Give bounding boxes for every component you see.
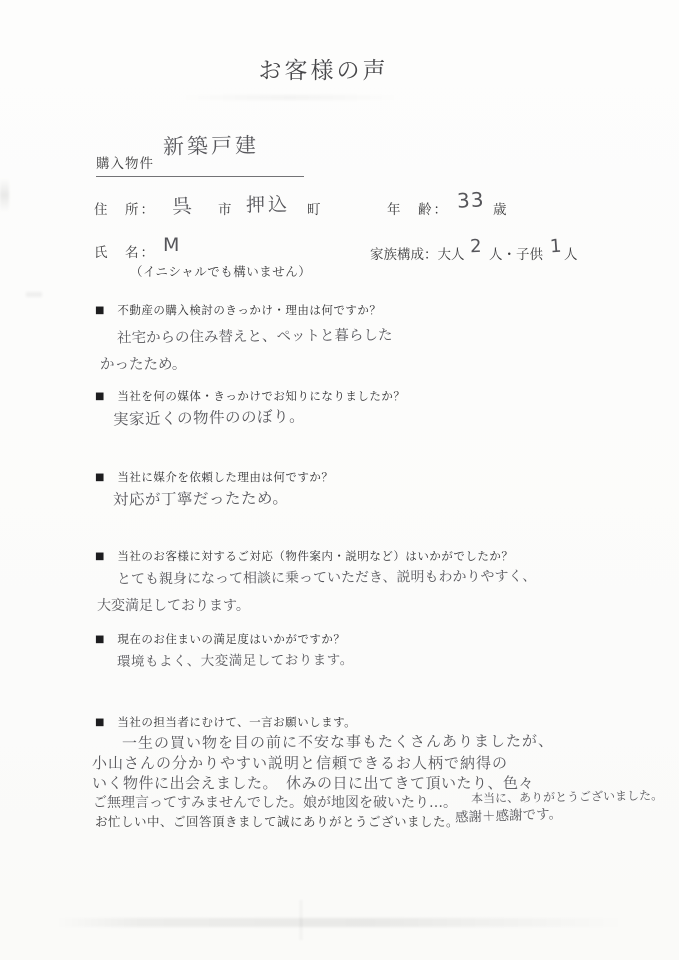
- question-6: ■ 当社の担当者にむけて、一言お願いします。: [95, 714, 356, 730]
- answer-2-line-1: 実家近くの物件ののぼり。: [113, 404, 305, 429]
- address-label: 住 所：: [94, 198, 156, 218]
- question-3: ■ 当社に媒介を依頼した理由は何ですか？: [95, 469, 333, 485]
- answer-1-line-1: 社宅からの住み替えと、ペットと暮らした: [117, 324, 393, 348]
- square-bullet-icon: ■: [95, 391, 105, 402]
- address-town-handwritten: 押込: [246, 190, 290, 218]
- answer-6-line-3: いく物件に出会えました。 休みの日に出てきて頂いたり、色々: [92, 772, 534, 793]
- square-bullet-icon: ■: [95, 305, 105, 316]
- family-composition-label: 家族構成：大人: [370, 243, 465, 263]
- question-5: ■ 現在のお住まいの満足度はいかがですか？: [95, 631, 345, 647]
- family-children-unit: 人: [564, 243, 578, 263]
- question-2: ■ 当社を何の媒体・きっかけでお知りになりましたか？: [95, 388, 405, 404]
- name-label: 氏 名：: [94, 241, 156, 261]
- question-1-text: 不動産の購入検討のきっかけ・理由は何ですか？: [117, 305, 381, 317]
- name-handwritten-value: M: [163, 234, 179, 256]
- answer-6-line-1: 一生の買い物を目の前に不安な事もたくさんありましたが、: [122, 730, 554, 753]
- age-unit: 歳: [493, 198, 507, 218]
- square-bullet-icon: ■: [95, 551, 105, 562]
- answer-3-line-1: 対応が丁寧だったため。: [113, 486, 289, 510]
- property-type-label: 購入物件: [96, 152, 154, 172]
- name-initial-note: （イニシャルでも構いません）: [130, 262, 311, 280]
- square-bullet-icon: ■: [95, 634, 105, 645]
- footer-handwritten-thanks: 感謝＋感謝です。: [455, 802, 563, 826]
- answer-6-line-4: ご無理言ってすみませんでした。娘が地図を破いたり…。 本当に、ありがとうございま…: [93, 792, 663, 812]
- question-5-text: 現在のお住まいの満足度はいかがですか？: [117, 634, 345, 646]
- square-bullet-icon: ■: [95, 717, 105, 728]
- age-handwritten-value: 33: [456, 187, 485, 212]
- address-city-suffix: 市: [218, 198, 232, 218]
- answer-4-line-2: 大変満足しております。: [97, 595, 250, 615]
- square-bullet-icon: ■: [95, 472, 105, 483]
- answer-6-line-2: 小山さんの分かりやすい説明と信頼できるお人柄で納得の: [92, 752, 508, 773]
- question-6-text: 当社の担当者にむけて、一言お願いします。: [117, 717, 356, 729]
- answer-5-line-1: 環境もよく、大変満足しております。: [117, 648, 354, 670]
- question-3-text: 当社に媒介を依頼した理由は何ですか？: [117, 472, 333, 484]
- property-type-handwritten-value: 新築戸建: [163, 129, 260, 161]
- scan-smudge: [300, 900, 302, 940]
- family-adults-unit-children-label: 人・子供: [489, 243, 543, 263]
- scanned-customer-survey-form: お客様の声 購入物件 新築戸建 住 所： 呉 市 押込 町 年 齢： 33 歳 …: [0, 0, 679, 960]
- question-4-text: 当社のお客様に対するご対応（物件案内・説明など）はいかがでしたか？: [117, 551, 513, 563]
- scan-smudge: [55, 918, 625, 927]
- answer-1-line-2: かったため。: [100, 353, 186, 374]
- family-children-handwritten-value: 1: [549, 236, 562, 258]
- page-title: お客様の声: [0, 52, 663, 85]
- property-underline: [96, 176, 304, 177]
- family-adults-handwritten-value: 2: [470, 236, 482, 257]
- scan-smudge: [0, 178, 9, 212]
- question-1: ■ 不動産の購入検討のきっかけ・理由は何ですか？: [95, 302, 381, 318]
- address-city-handwritten: 呉: [172, 190, 193, 220]
- question-2-text: 当社を何の媒体・きっかけでお知りになりましたか？: [117, 391, 405, 403]
- age-label: 年 齢：: [387, 198, 449, 218]
- scan-smudge: [180, 95, 400, 100]
- address-town-suffix: 町: [307, 198, 321, 218]
- question-4: ■ 当社のお客様に対するご対応（物件案内・説明など）はいかがでしたか？: [95, 548, 513, 564]
- scan-smudge: [26, 292, 42, 297]
- answer-4-line-1: とても親身になって相談に乗っていただき、説明もわかりやすく、: [117, 566, 536, 589]
- answer-6-line-4-part-1: ご無理言ってすみませんでした。娘が地図を破いたり…。: [93, 795, 457, 811]
- footer-thank-you-text: お忙しい中、ご回答頂きまして誠にありがとうございました。: [95, 812, 459, 830]
